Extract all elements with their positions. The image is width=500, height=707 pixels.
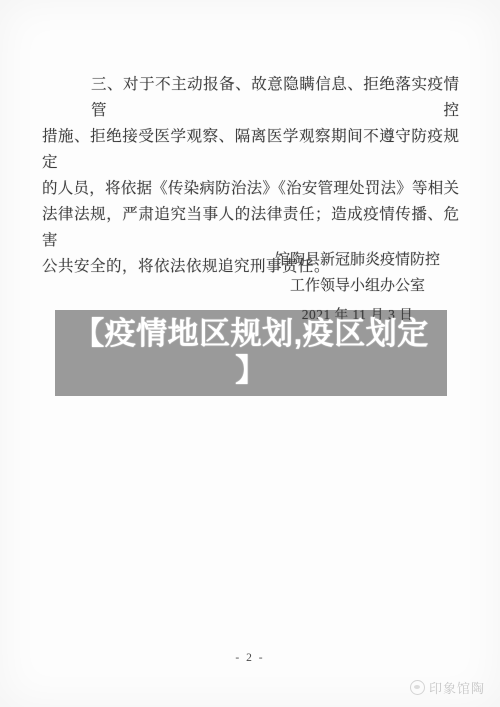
document-page: 三、对于不主动报备、故意隐瞒信息、拒绝落实疫情管控 措施、拒绝接受医学观察、隔离…	[0, 0, 500, 707]
overlay-title-line2: 】	[55, 352, 447, 389]
impression-guantao-logo-icon	[410, 680, 425, 695]
paragraph-line: 三、对于不主动报备、故意隐瞒信息、拒绝落实疫情管控	[42, 72, 459, 124]
watermark: 印象馆陶	[410, 678, 485, 697]
paragraph-line: 措施、拒绝接受医学观察、隔离医学观察期间不遵守防疫规定	[42, 124, 459, 176]
page-number: - 2 -	[0, 652, 500, 664]
overlay-title-line1: 【疫情地区规划,疫区划定	[55, 315, 447, 352]
paragraph-line: 的人员，将依据《传染病防治法》《治安管理处罚法》等相关	[42, 176, 459, 202]
signature-org-line2: 工作领导小组办公室	[240, 273, 475, 299]
signature-org-line1: 馆陶县新冠肺炎疫情防控	[240, 247, 475, 273]
watermark-label: 印象馆陶	[429, 678, 485, 697]
overlay-title: 【疫情地区规划,疫区划定 】	[55, 310, 447, 396]
